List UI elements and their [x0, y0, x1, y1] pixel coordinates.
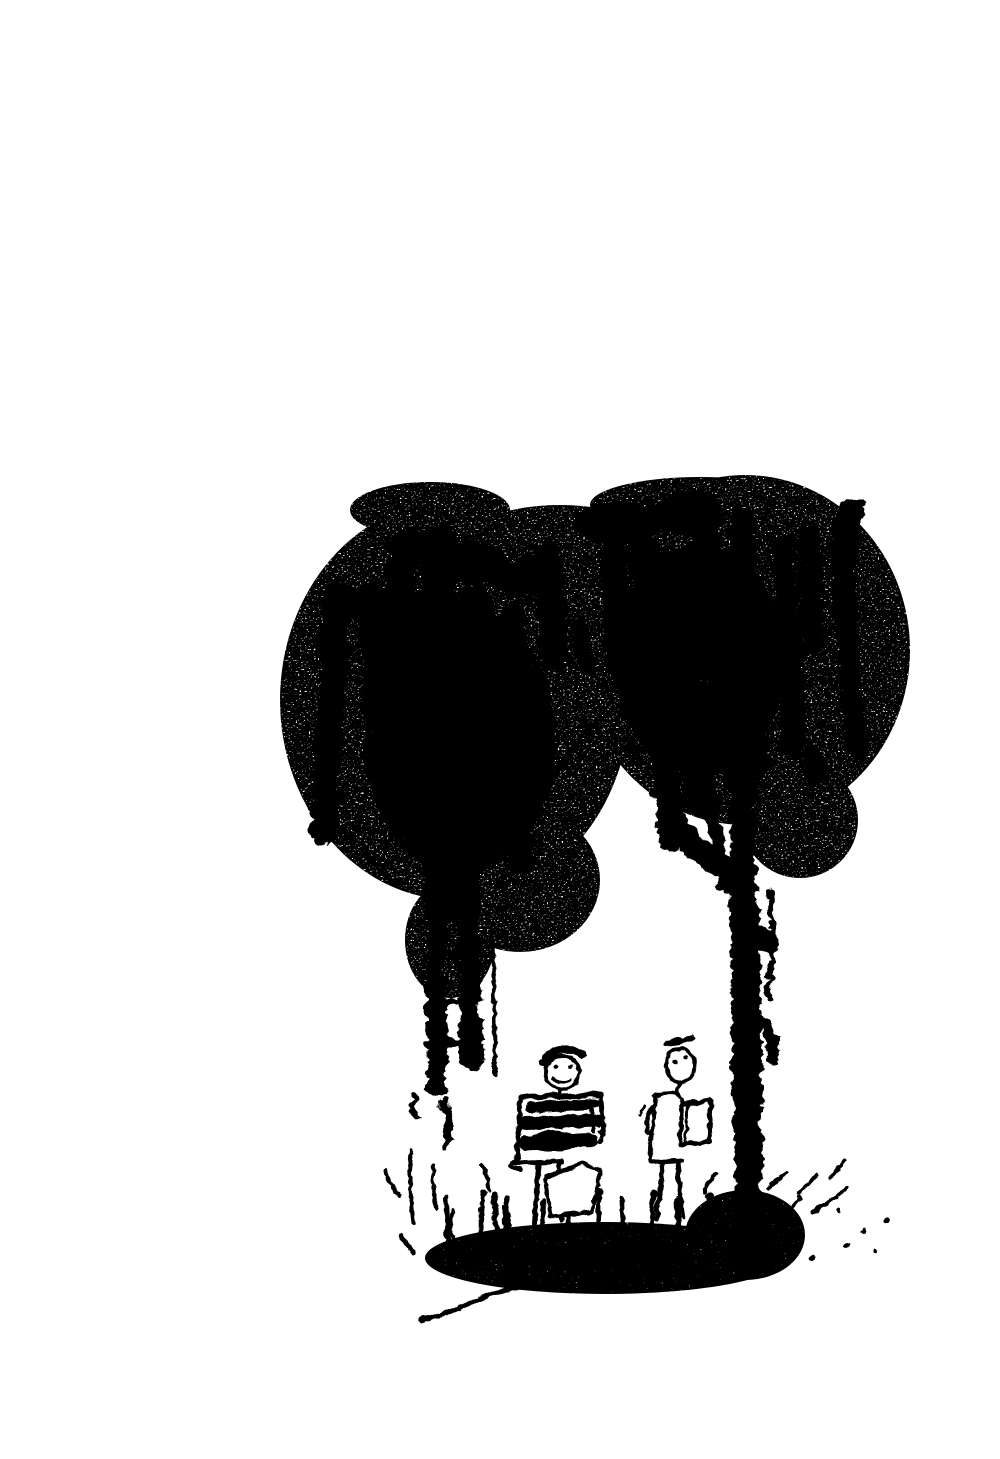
child-left-shirt-stripe [530, 1103, 593, 1106]
ink-illustration: Black ink drawing of two children standi… [0, 0, 1000, 1459]
child-right-eye [672, 1059, 676, 1063]
child-right-cap [665, 1038, 691, 1042]
right-canopy-texture [615, 545, 785, 775]
child-left-head [544, 1054, 578, 1088]
child-right-head [665, 1047, 693, 1081]
left-canopy-texture [365, 605, 555, 875]
child-left-eye [567, 1063, 572, 1068]
ink-illustration-svg [0, 0, 1000, 1459]
child-right-eye [683, 1055, 687, 1059]
child-right-book [679, 1099, 710, 1144]
child-left-shirt-blob [526, 1130, 578, 1150]
child-right-book-spine [685, 1103, 687, 1143]
child-left-eye [552, 1063, 557, 1068]
child-left-shirt-stripe [524, 1119, 596, 1122]
